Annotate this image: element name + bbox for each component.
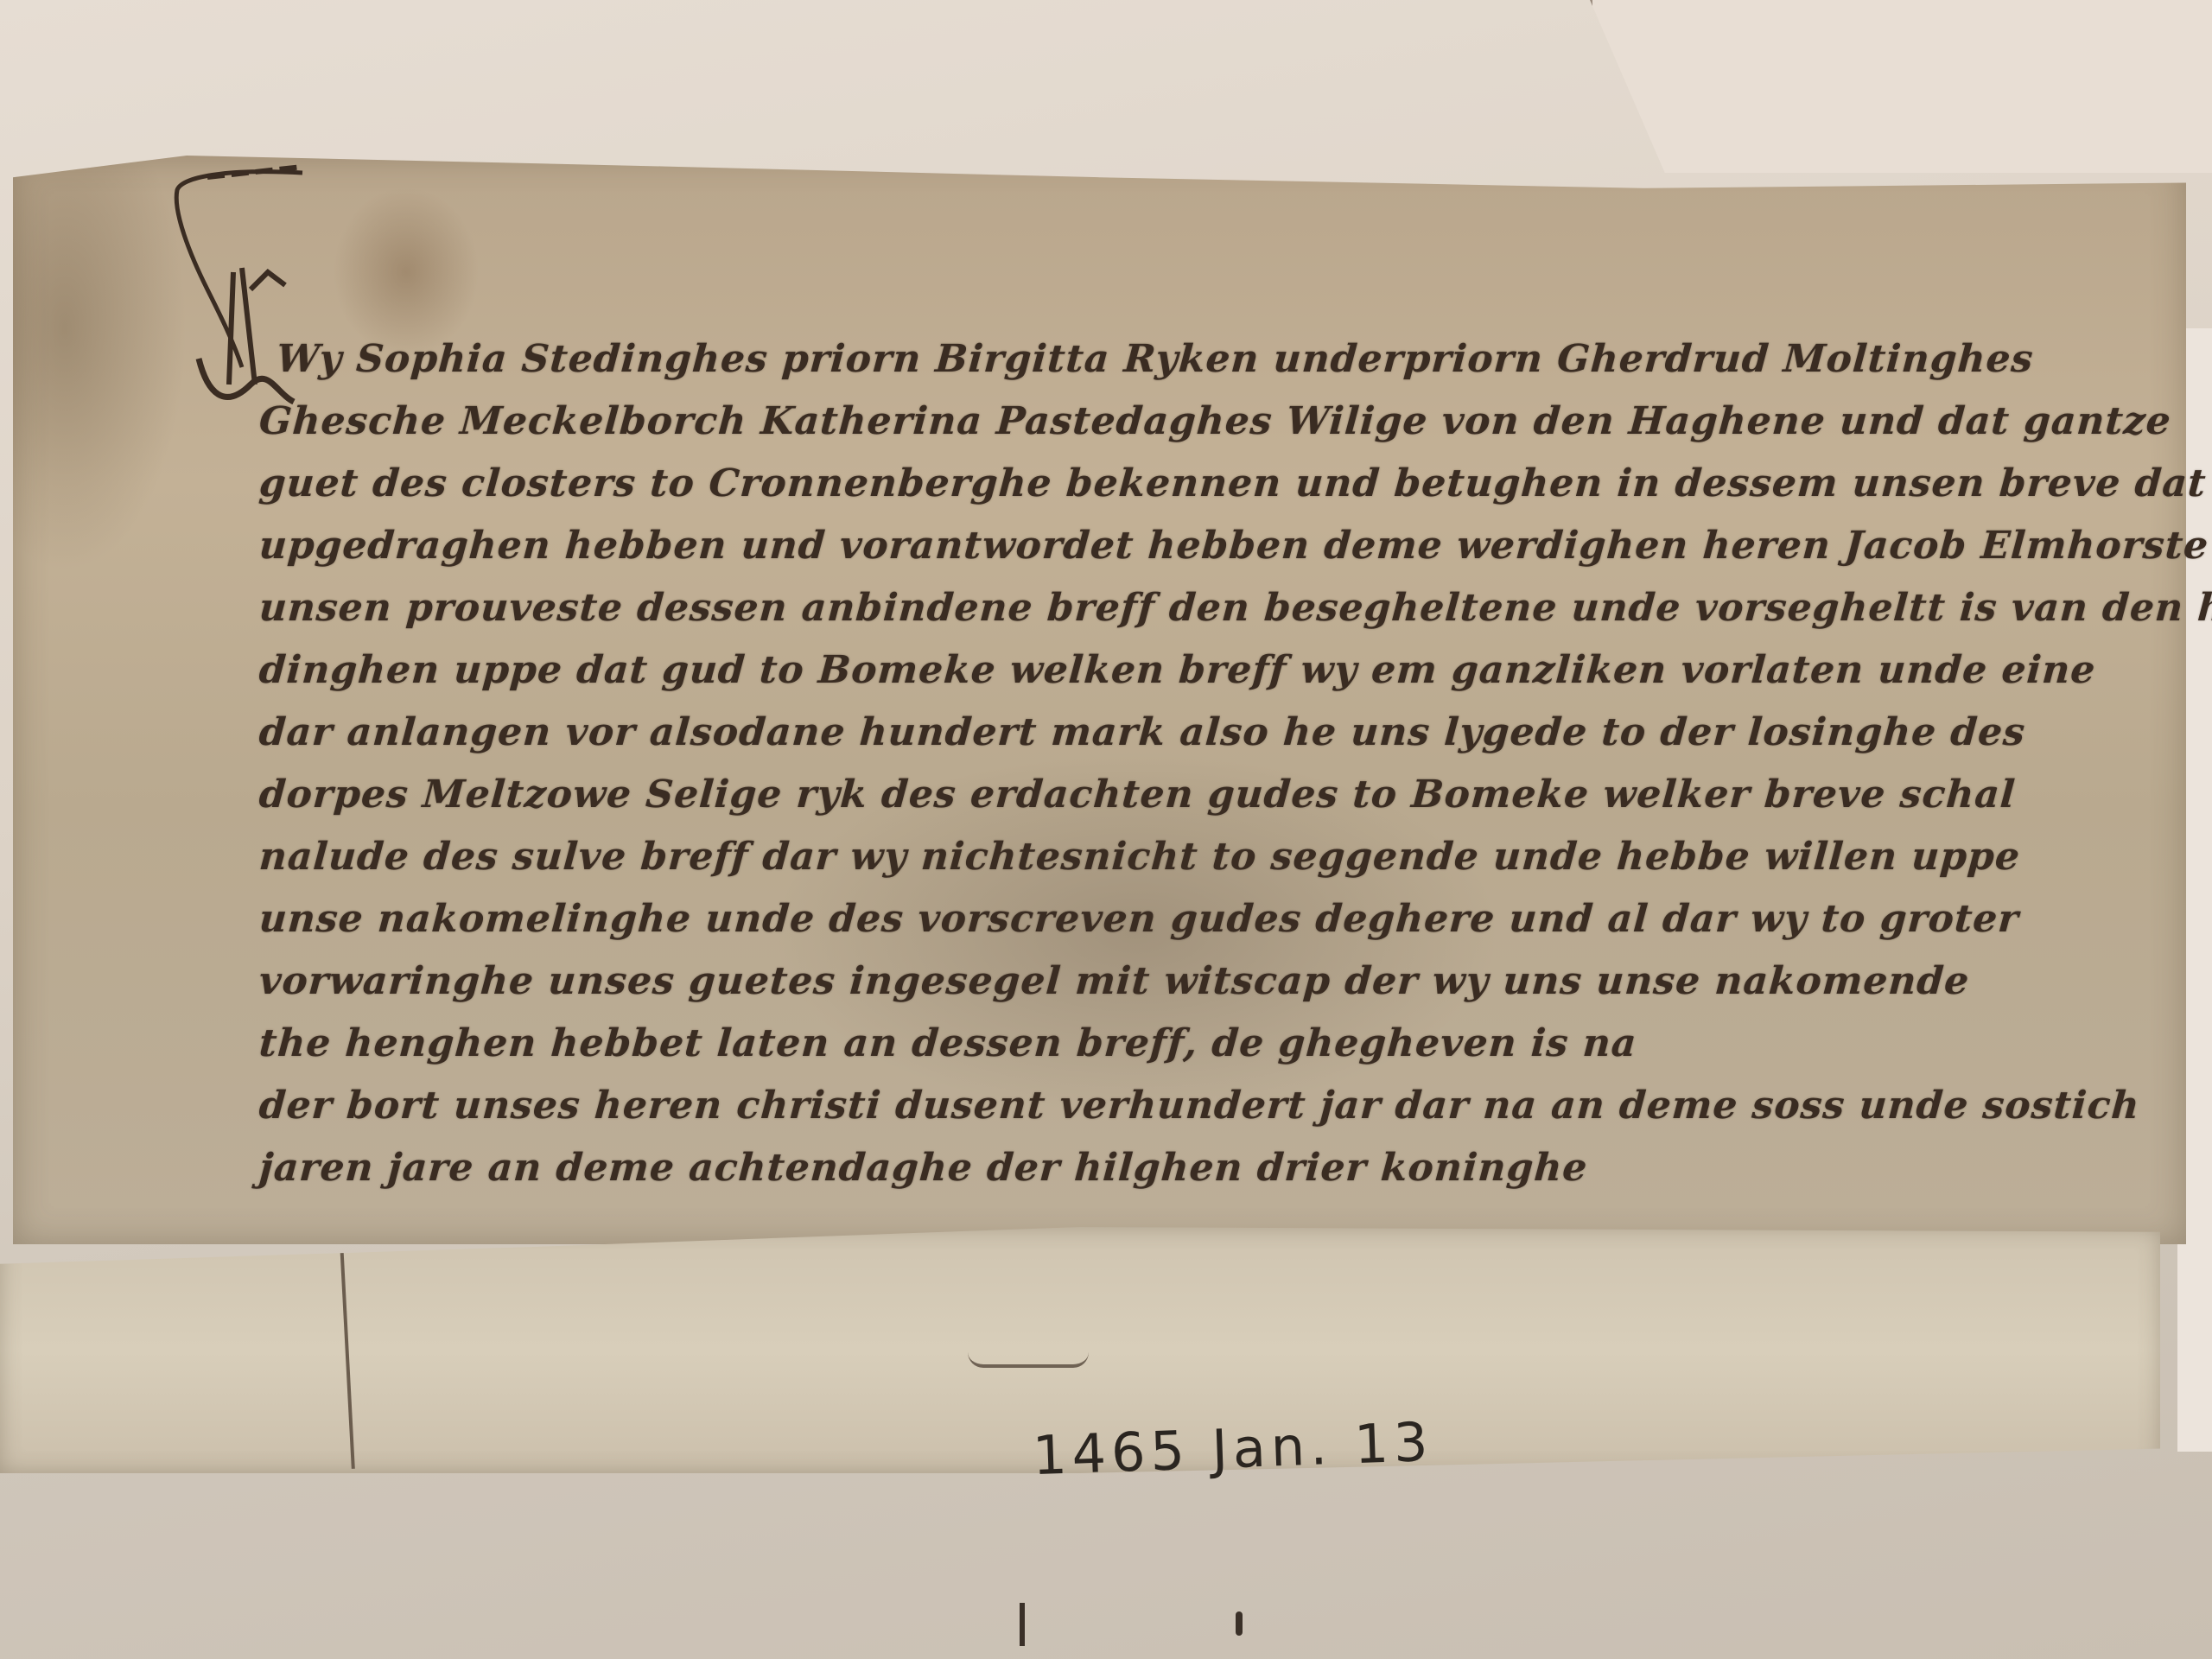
text-line: Ghesche Meckelborch Katherina Pastedaghe… (257, 391, 2162, 453)
text-line: dar anlangen vor alsodane hundert mark a… (257, 702, 2162, 764)
text-line: unsen prouveste dessen anbindene breff d… (257, 577, 2162, 639)
text-line: dorpes Meltzowe Selige ryk des erdachten… (257, 764, 2162, 826)
text-line: dinghen uppe dat gud to Bomeke welken br… (257, 639, 2162, 702)
pencil-mark (1236, 1611, 1243, 1636)
text-line: unse nakomelinghe unde des vorscreven gu… (257, 888, 2162, 950)
seal-slit (968, 1352, 1089, 1368)
text-line: der bort unses heren christi dusent verh… (257, 1075, 2162, 1137)
backing-sheet-corner (1590, 0, 2212, 173)
text-line: vorwaringhe unses guetes ingesegel mit w… (257, 950, 2162, 1013)
text-line: upgedraghen hebben und vorantwordet hebb… (257, 515, 2162, 577)
text-line: Wy Sophia Stedinghes priorn Birgitta Ryk… (257, 328, 2162, 391)
text-line: nalude des sulve breff dar wy nichtesnic… (257, 826, 2162, 888)
text-line: jaren jare an deme achtendaghe der hilgh… (257, 1137, 2162, 1199)
text-line: the henghen hebbet laten an dessen breff… (257, 1013, 2162, 1075)
fold-crease (340, 1244, 355, 1469)
pencil-mark (1020, 1603, 1025, 1646)
charter-text: Wy Sophia Stedinghes priorn Birgitta Ryk… (259, 328, 2160, 1199)
text-line: guet des closters to Cronnenberghe beken… (257, 453, 2162, 515)
